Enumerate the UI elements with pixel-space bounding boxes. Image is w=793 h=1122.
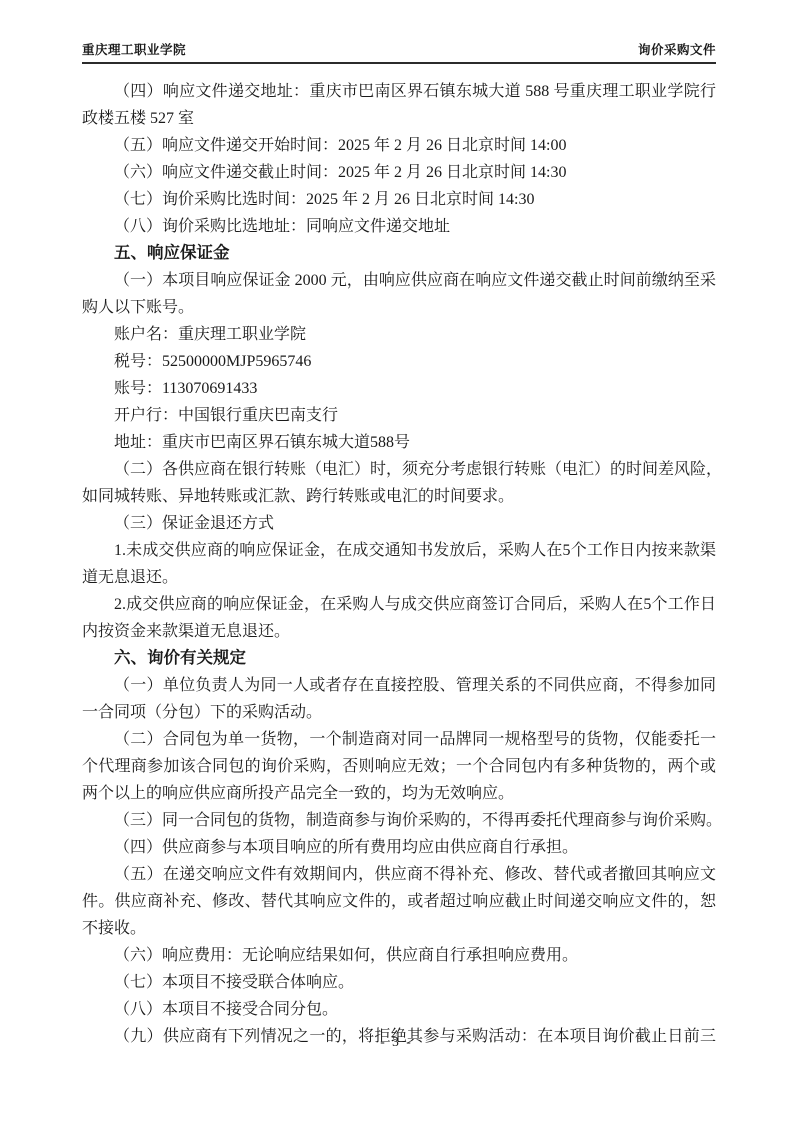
text-line: 购人以下账号。 [82,294,716,321]
text-line: （三）同一合同包的货物，制造商参与询价采购的，不得再委托代理商参与询价采购。 [82,807,716,834]
text-line: 道无息退还。 [82,564,716,591]
text-line: 政楼五楼 527 室 [82,105,716,132]
text-line: 开户行：中国银行重庆巴南支行 [82,402,716,429]
text-line: 地址：重庆市巴南区界石镇东城大道588号 [82,429,716,456]
text-line: 账户名：重庆理工职业学院 [82,321,716,348]
text-line: （七）本项目不接受联合体响应。 [82,969,716,996]
text-line: （五）在递交响应文件有效期间内，供应商不得补充、修改、替代或者撤回其响应文 [82,861,716,888]
text-line: （四）响应文件递交地址：重庆市巴南区界石镇东城大道 588 号重庆理工职业学院行 [82,78,716,105]
text-line: （二）合同包为单一货物，一个制造商对同一品牌同一规格型号的货物，仅能委托一 [82,726,716,753]
text-line: （六）响应文件递交截止时间：2025 年 2 月 26 日北京时间 14:30 [82,159,716,186]
page-header: 重庆理工职业学院 询价采购文件 [82,40,716,64]
text-line: （八）询价采购比选地址：同响应文件递交地址 [82,213,716,240]
document-page: 重庆理工职业学院 询价采购文件 （四）响应文件递交地址：重庆市巴南区界石镇东城大… [0,0,793,1122]
text-line: 不接收。 [82,915,716,942]
text-line: 如同城转账、异地转账或汇款、跨行转账或电汇的时间要求。 [82,483,716,510]
text-line: 税号：52500000MJP5965746 [82,348,716,375]
text-line: （五）响应文件递交开始时间：2025 年 2 月 26 日北京时间 14:00 [82,132,716,159]
header-doc-type: 询价采购文件 [638,40,716,58]
text-line: （三）保证金退还方式 [82,510,716,537]
text-line: （七）询价采购比选时间：2025 年 2 月 26 日北京时间 14:30 [82,186,716,213]
section-heading: 五、响应保证金 [82,240,716,267]
text-line: （二）各供应商在银行转账（电汇）时，须充分考虑银行转账（电汇）的时间差风险， [82,456,716,483]
section-heading: 六、询价有关规定 [82,645,716,672]
header-school-name: 重庆理工职业学院 [82,40,186,58]
text-line: （四）供应商参与本项目响应的所有费用均应由供应商自行承担。 [82,834,716,861]
text-line: 账号：113070691433 [82,375,716,402]
text-line: 内按资金来款渠道无息退还。 [82,618,716,645]
text-line: 两个以上的响应供应商所投产品完全一致的，均为无效响应。 [82,780,716,807]
text-line: 2.成交供应商的响应保证金，在采购人与成交供应商签订合同后，采购人在5个工作日 [82,591,716,618]
text-line: 个代理商参加该合同包的询价采购，否则响应无效；一个合同包内有多种货物的，两个或 [82,753,716,780]
text-line: （六）响应费用：无论响应结果如何，供应商自行承担响应费用。 [82,942,716,969]
page-number: - 3 - [380,1034,413,1049]
text-line: 一合同项（分包）下的采购活动。 [82,699,716,726]
text-line: 1.未成交供应商的响应保证金，在成交通知书发放后，采购人在5个工作日内按来款渠 [82,537,716,564]
text-line: （一）单位负责人为同一人或者存在直接控股、管理关系的不同供应商，不得参加同 [82,672,716,699]
text-line: （八）本项目不接受合同分包。 [82,996,716,1023]
page-footer: - 3 - [0,1034,793,1050]
document-body: （四）响应文件递交地址：重庆市巴南区界石镇东城大道 588 号重庆理工职业学院行… [82,78,716,1050]
text-line: 件。供应商补充、修改、替代其响应文件的，或者超过响应截止时间递交响应文件的，恕 [82,888,716,915]
text-line: （一）本项目响应保证金 2000 元，由响应供应商在响应文件递交截止时间前缴纳至… [82,267,716,294]
